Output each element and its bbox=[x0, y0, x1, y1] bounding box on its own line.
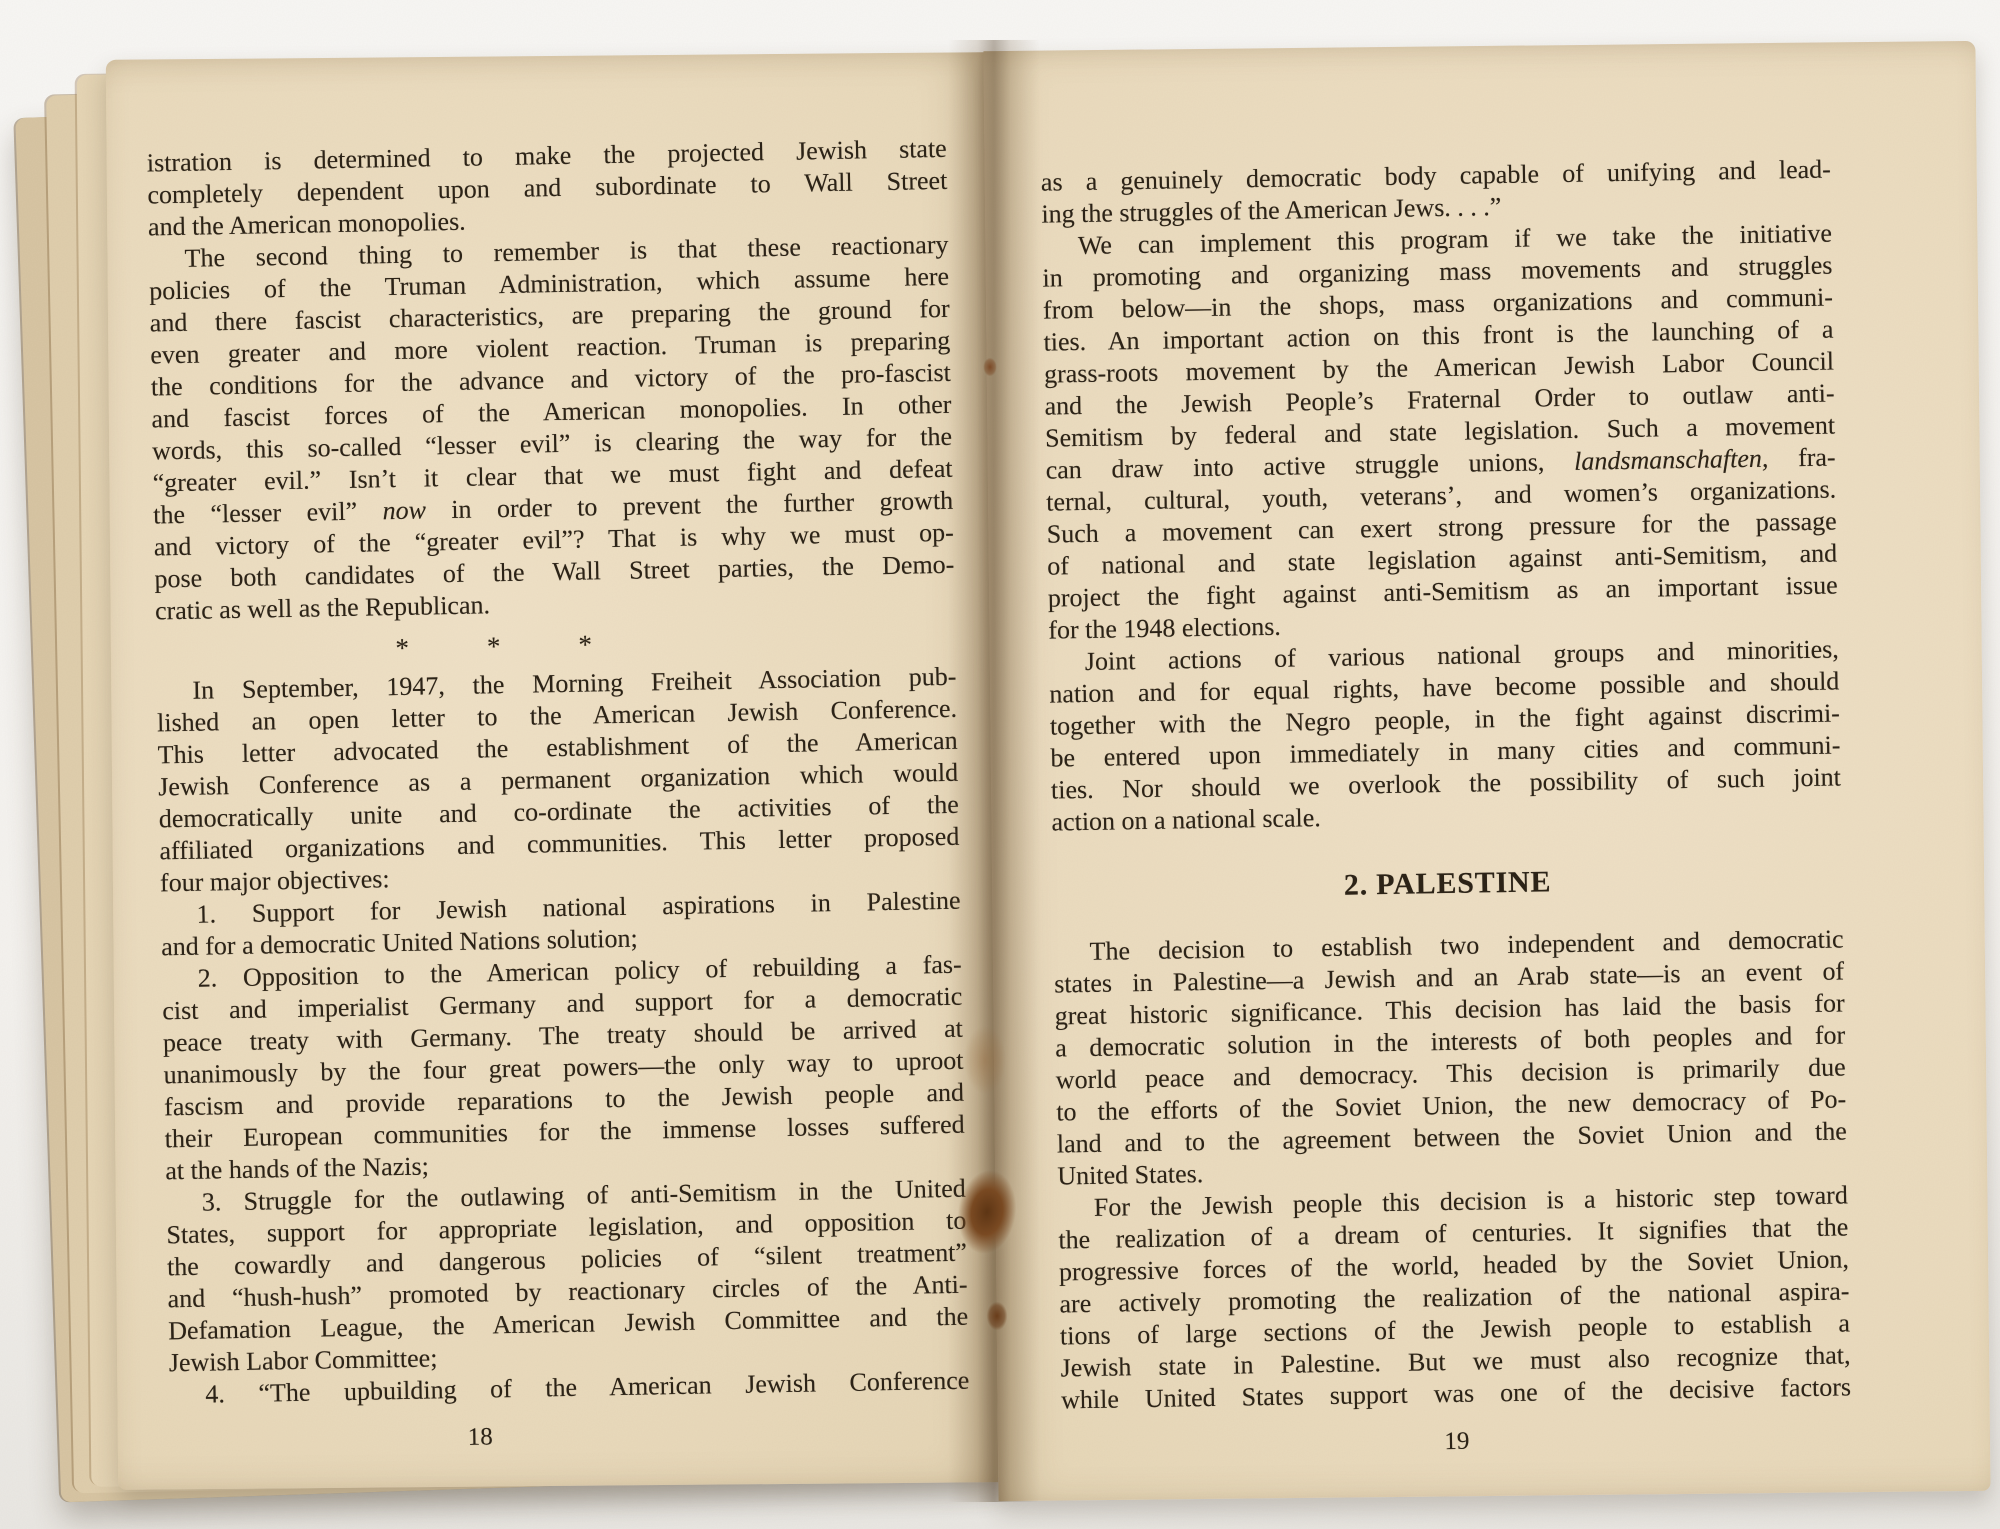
asterisk-glyph: * bbox=[578, 628, 592, 660]
paragraph: The second thing to remember is that the… bbox=[148, 229, 955, 628]
paragraph: Joint actions of various national groups… bbox=[1049, 633, 1842, 838]
asterisk-separator: *** bbox=[94, 623, 894, 670]
asterisk-glyph: * bbox=[395, 632, 409, 664]
paragraph: 2. Opposition to the American policy of … bbox=[161, 949, 965, 1188]
left-page-text: istration is determined to make the proj… bbox=[147, 133, 971, 1459]
page-number: 18 bbox=[80, 1414, 880, 1461]
paragraph: We can implement this program if we take… bbox=[1042, 218, 1839, 647]
left-page: istration is determined to make the proj… bbox=[106, 52, 998, 1490]
paragraph: The decision to establish two independen… bbox=[1053, 923, 1847, 1192]
paragraph: For the Jewish people this decision is a… bbox=[1058, 1179, 1852, 1416]
asterisk-glyph: * bbox=[487, 630, 501, 662]
page-number: 19 bbox=[1062, 1419, 1852, 1464]
right-page-text: as a genuinely democratic body capable o… bbox=[1041, 154, 1852, 1465]
paragraph: 3. Struggle for the outlawing of anti-Se… bbox=[166, 1173, 969, 1380]
paragraph: In September, 1947, the Morning Freiheit… bbox=[156, 661, 960, 900]
section-heading: 2. PALESTINE bbox=[1052, 861, 1842, 906]
right-page: as a genuinely democratic body capable o… bbox=[983, 41, 1990, 1501]
photo-backdrop: istration is determined to make the proj… bbox=[0, 0, 2000, 1529]
open-book: istration is determined to make the proj… bbox=[0, 0, 2000, 1529]
paragraph: istration is determined to make the proj… bbox=[147, 133, 949, 244]
